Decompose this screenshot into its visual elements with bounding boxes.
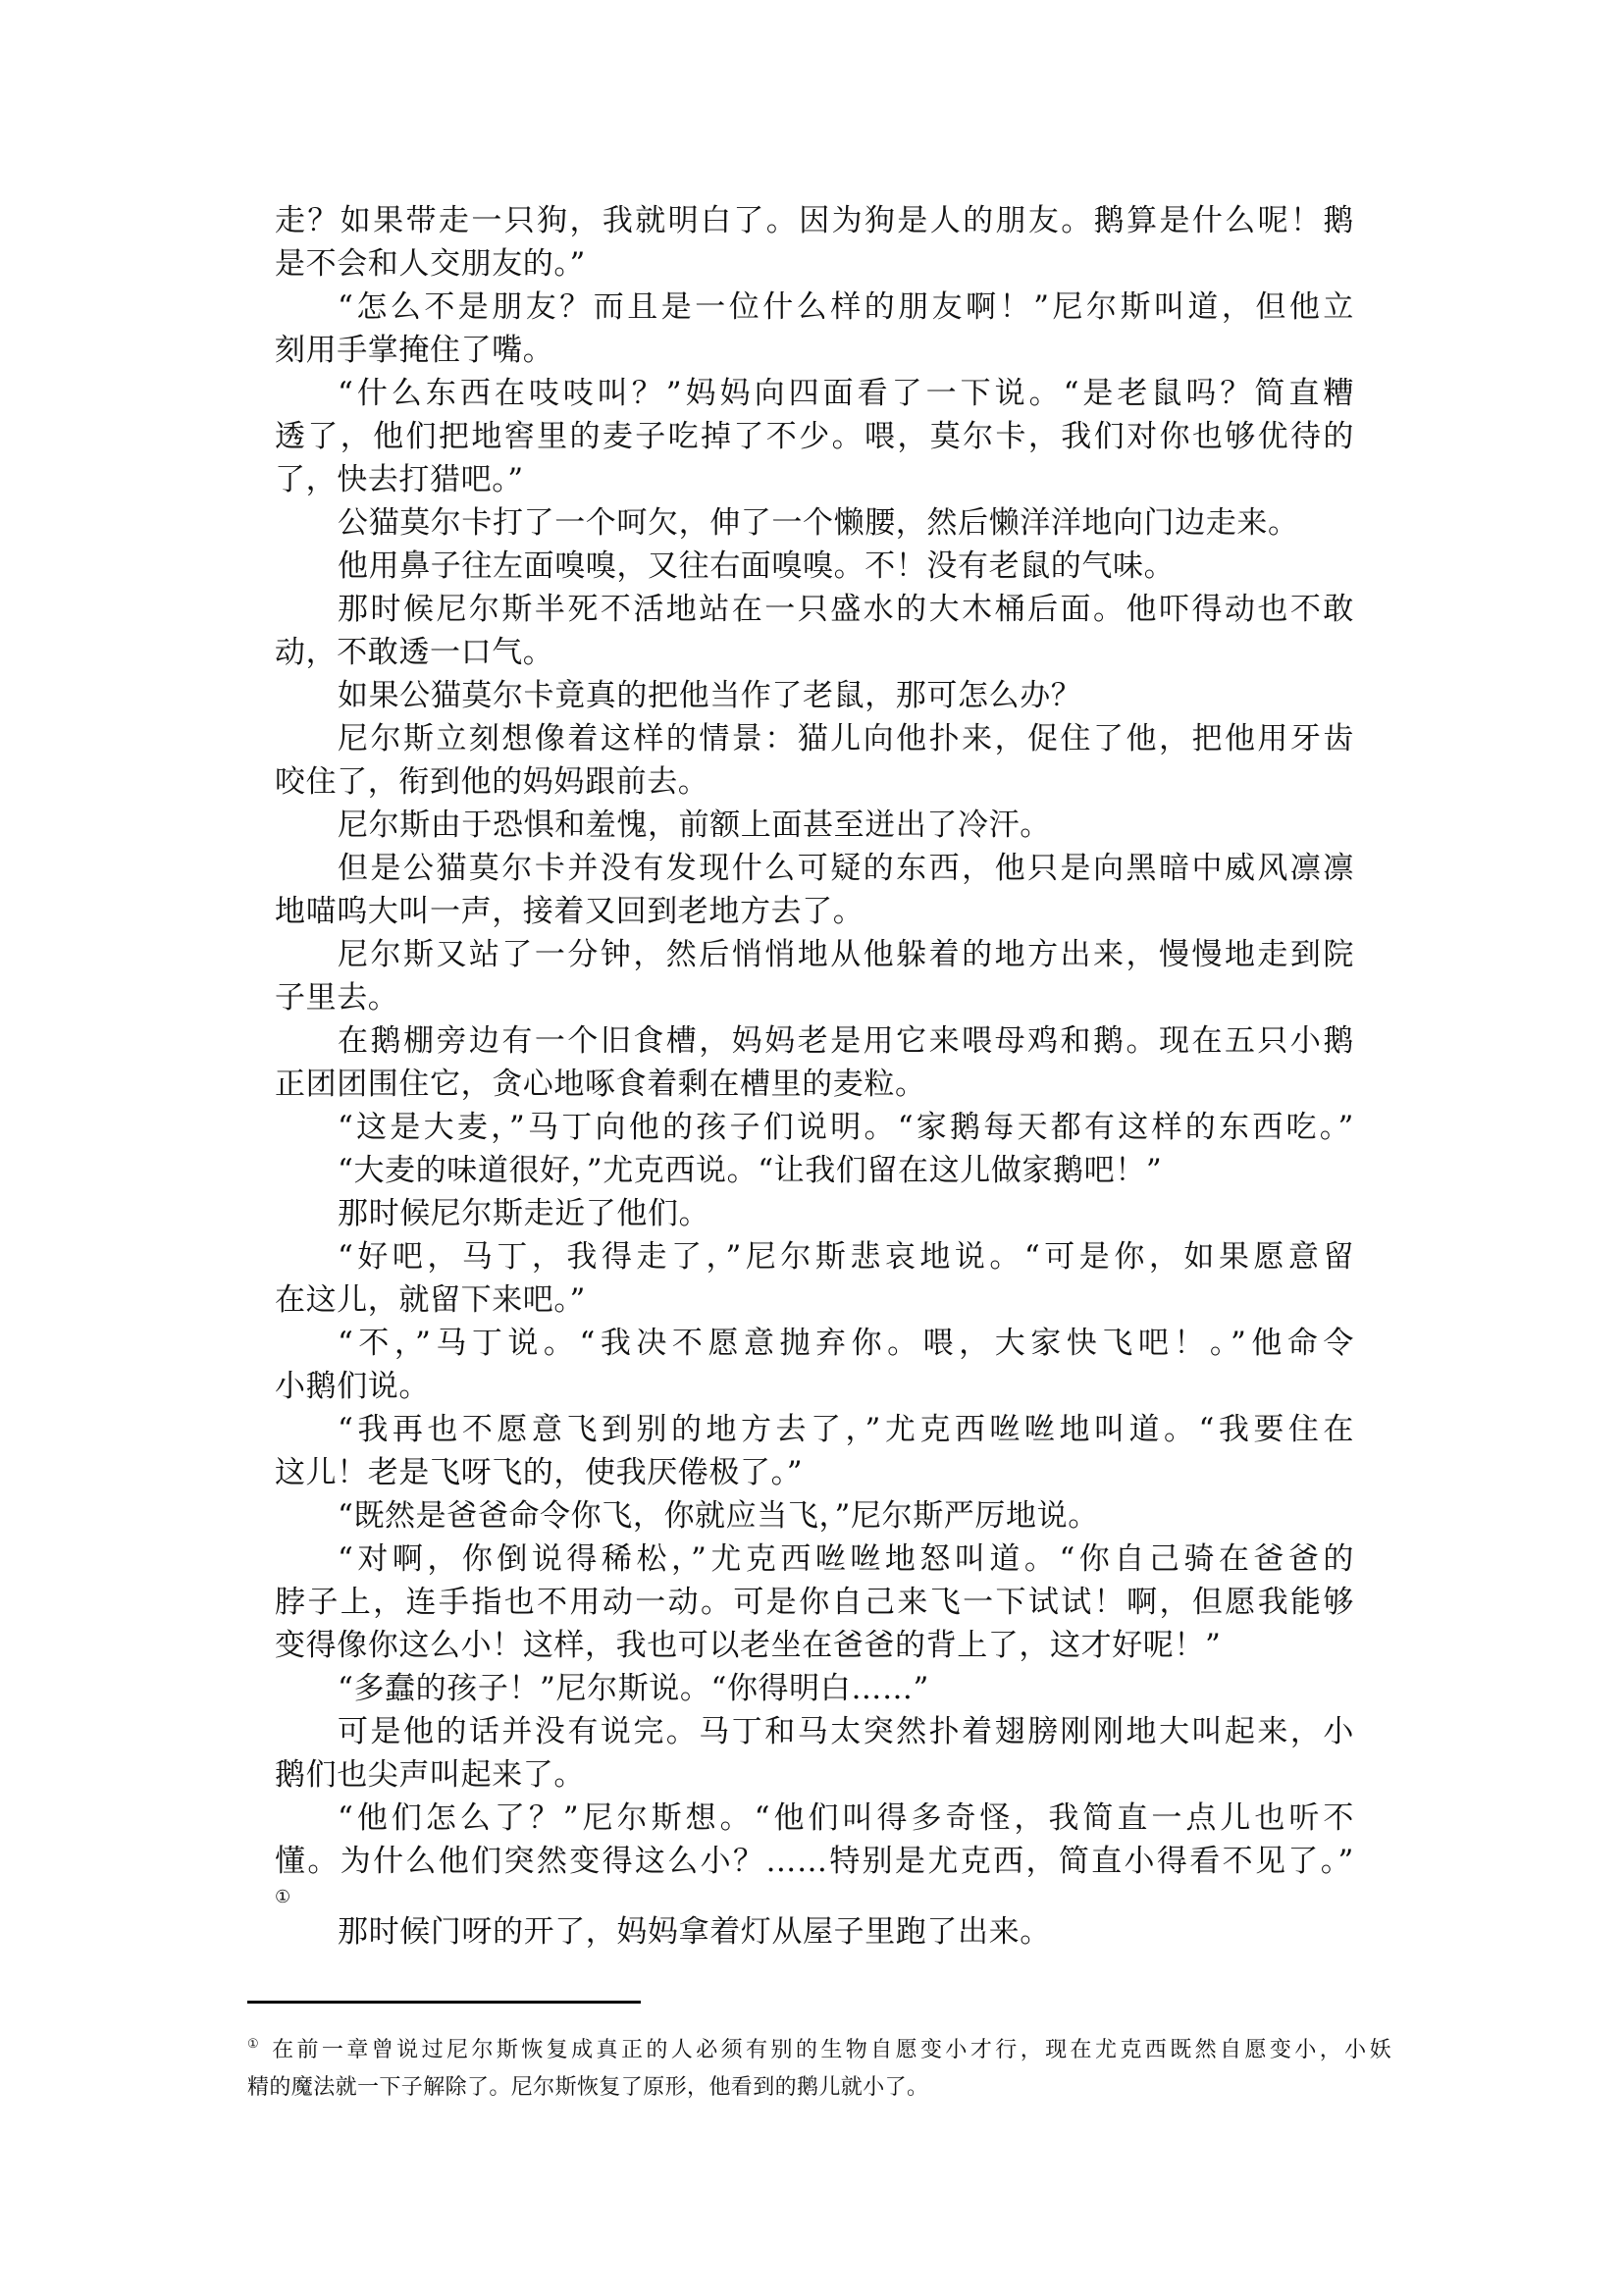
text-line: “我再也不愿意飞到别的地方去了，”尤克西咝咝地叫道。“我要住在 xyxy=(275,1408,1354,1451)
text-line: “怎么不是朋友？而且是一位什么样的朋友啊！”尼尔斯叫道，但他立 xyxy=(275,286,1354,329)
final-paragraph: 那时候门呀的开了，妈妈拿着灯从屋子里跑了出来。 xyxy=(338,1910,1051,1954)
text-line: “不，”马丁说。“我决不愿意抛弃你。喂，大家快飞吧！。”他命令 xyxy=(275,1322,1354,1365)
footnote-line-2: 精的魔法就一下子解除了。尼尔斯恢复了原形，他看到的鹅儿就小了。 xyxy=(247,2066,1391,2110)
text-line: 在鹅棚旁边有一个旧食槽，妈妈老是用它来喂母鸡和鹅。现在五只小鹅 xyxy=(275,1019,1354,1063)
text-line: “多蠢的孩子！”尼尔斯说。“你得明白……” xyxy=(275,1667,1354,1710)
footnote: ①在前一章曾说过尼尔斯恢复成真正的人必须有别的生物自愿变小才行，现在尤克西既然自… xyxy=(247,2023,1391,2110)
footnote-text-1: 在前一章曾说过尼尔斯恢复成真正的人必须有别的生物自愿变小才行，现在尤克西既然自愿… xyxy=(272,2038,1391,2062)
text-line: 在这儿，就留下来吧。” xyxy=(275,1278,1354,1322)
text-line: 他用鼻子往左面嗅嗅，又往右面嗅嗅。不！没有老鼠的气味。 xyxy=(275,545,1354,588)
text-line: “他们怎么了？”尼尔斯想。“他们叫得多奇怪，我简直一点儿也听不 xyxy=(275,1797,1354,1840)
text-line: 那时候尼尔斯半死不活地站在一只盛水的大木桶后面。他吓得动也不敢 xyxy=(275,588,1354,631)
text-line: 但是公猫莫尔卡并没有发现什么可疑的东西，他只是向黑暗中威风凛凛 xyxy=(275,847,1354,890)
text-line: 透了，他们把地窖里的麦子吃掉了不少。喂，莫尔卡，我们对你也够优待的 xyxy=(275,415,1354,458)
text-line: 动，不敢透一口气。 xyxy=(275,631,1354,674)
text-line: “这是大麦，”马丁向他的孩子们说明。“家鹅每天都有这样的东西吃。” xyxy=(275,1106,1354,1149)
text-line: 鹅们也尖声叫起来了。 xyxy=(275,1753,1354,1797)
text-line: 尼尔斯立刻想像着这样的情景：猫儿向他扑来，促住了他，把他用牙齿 xyxy=(275,717,1354,760)
text-line: “好吧，马丁，我得走了，”尼尔斯悲哀地说。“可是你，如果愿意留 xyxy=(275,1235,1354,1278)
text-line: 脖子上，连手指也不用动一动。可是你自己来飞一下试试！啊，但愿我能够 xyxy=(275,1581,1354,1624)
text-line: 公猫莫尔卡打了一个呵欠，伸了一个懒腰，然后懒洋洋地向门边走来。 xyxy=(275,501,1354,545)
text-line: “对啊，你倒说得稀松，”尤克西咝咝地怒叫道。“你自己骑在爸爸的 xyxy=(275,1538,1354,1581)
text-line: 那时候尼尔斯走近了他们。 xyxy=(275,1192,1354,1235)
footnote-line-1: ①在前一章曾说过尼尔斯恢复成真正的人必须有别的生物自愿变小才行，现在尤克西既然自… xyxy=(247,2023,1391,2066)
footnote-separator-rule xyxy=(247,2001,641,2004)
text-line: 咬住了，衔到他的妈妈跟前去。 xyxy=(275,760,1354,804)
text-line: 地喵呜大叫一声，接着又回到老地方去了。 xyxy=(275,890,1354,933)
text-line: 了，快去打猎吧。” xyxy=(275,458,1354,501)
text-line: 小鹅们说。 xyxy=(275,1365,1354,1408)
text-line: 懂。为什么他们突然变得这么小？……特别是尤克西，简直小得看不见了。” xyxy=(275,1840,1354,1883)
text-line: 这儿！老是飞呀飞的，使我厌倦极了。” xyxy=(275,1451,1354,1494)
text-line: “大麦的味道很好，”尤克西说。“让我们留在这儿做家鹅吧！” xyxy=(275,1149,1354,1192)
text-line: 是不会和人交朋友的。” xyxy=(275,242,1354,286)
text-line: 如果公猫莫尔卡竟真的把他当作了老鼠，那可怎么办？ xyxy=(275,674,1354,717)
text-line: “既然是爸爸命令你飞，你就应当飞，”尼尔斯严厉地说。 xyxy=(275,1494,1354,1538)
document-page: 走？如果带走一只狗，我就明白了。因为狗是人的朋友。鹅算是什么呢！鹅是不会和人交朋… xyxy=(0,0,1624,2294)
text-line: 变得像你这么小！这样，我也可以老坐在爸爸的背上了，这才好呢！” xyxy=(275,1624,1354,1667)
text-line: 可是他的话并没有说完。马丁和马太突然扑着翅膀刚刚地大叫起来，小 xyxy=(275,1710,1354,1753)
text-line: 子里去。 xyxy=(275,976,1354,1019)
text-line: 正团团围住它，贪心地啄食着剩在槽里的麦粒。 xyxy=(275,1063,1354,1106)
body-text: 走？如果带走一只狗，我就明白了。因为狗是人的朋友。鹅算是什么呢！鹅是不会和人交朋… xyxy=(275,199,1354,1926)
text-line: “什么东西在吱吱叫？”妈妈向四面看了一下说。“是老鼠吗？简直糟 xyxy=(275,372,1354,415)
text-line: 刻用手掌掩住了嘴。 xyxy=(275,329,1354,372)
text-line: 走？如果带走一只狗，我就明白了。因为狗是人的朋友。鹅算是什么呢！鹅 xyxy=(275,199,1354,242)
footnote-marker: ① xyxy=(247,2037,262,2052)
text-line: 尼尔斯由于恐惧和羞愧，前额上面甚至迸出了冷汗。 xyxy=(275,804,1354,847)
text-line: 尼尔斯又站了一分钟，然后悄悄地从他躲着的地方出来，慢慢地走到院 xyxy=(275,933,1354,976)
